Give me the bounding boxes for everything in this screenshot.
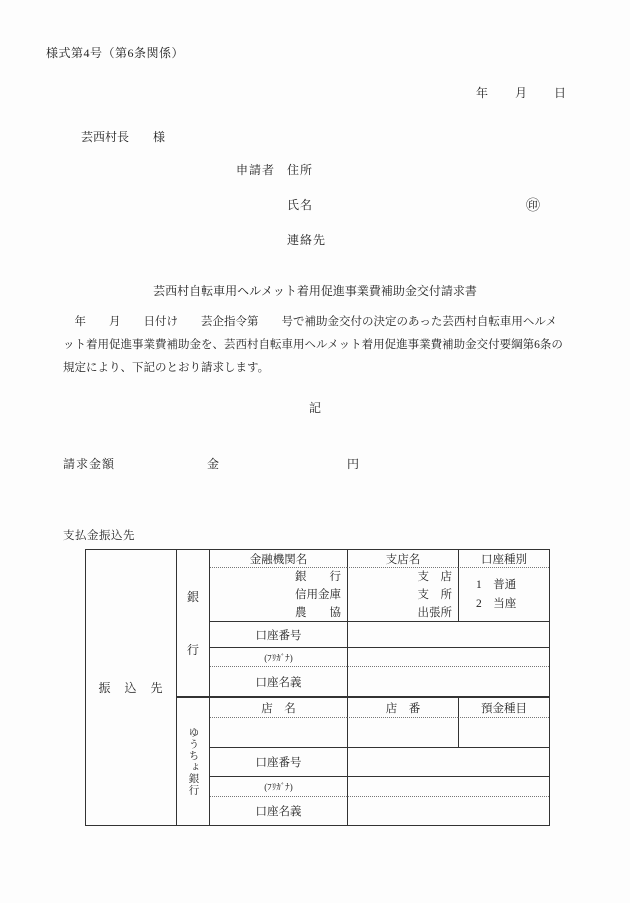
account-type-option: 1 普通 <box>476 576 549 595</box>
date-year-label: 年 <box>476 84 488 101</box>
body-line: 年 月 日付け 芸企指令第 号で補助金交付の決定のあった芸西村自転車用ヘルメ <box>63 311 573 334</box>
yucho-account-name-label: 口座名義 <box>210 797 347 825</box>
applicant-address-label: 住所 <box>287 161 313 178</box>
header-account-type: 口座種別 <box>458 550 549 568</box>
yucho-account-number-label: 口座番号 <box>210 748 347 777</box>
date-day-label: 日 <box>554 84 566 101</box>
transfer-destination-heading: 支払金振込先 <box>63 527 135 543</box>
header-yucho-branch-number: 店 番 <box>347 698 458 718</box>
account-type-option: 2 当座 <box>476 595 549 614</box>
bank-furigana-field <box>347 648 549 667</box>
bank-type-char: 銀 <box>187 588 199 605</box>
applicant-contact-label: 連絡先 <box>287 231 326 248</box>
branch-option: 出張所 <box>348 604 452 622</box>
bank-account-name-field <box>347 667 549 698</box>
branch-option: 支 店 <box>348 568 452 586</box>
branch-options-cell: 支 店 支 所 出張所 <box>347 568 458 622</box>
institution-option: 農 協 <box>210 604 341 622</box>
bank-account-number-field <box>347 622 549 648</box>
applicant-label: 申請者 <box>236 161 275 178</box>
date-line: 年 月 日 <box>476 84 566 101</box>
body-line: 規定により、下記のとおり請求します。 <box>63 357 573 380</box>
applicant-name-label: 氏名 <box>287 196 313 213</box>
institution-option: 銀 行 <box>210 568 341 586</box>
yucho-furigana-label: (ﾌﾘｶﾞﾅ) <box>210 777 347 797</box>
yucho-deposit-type-field <box>458 718 549 748</box>
document-title: 芸西村自転車用ヘルメット着用促進事業費補助金交付請求書 <box>0 282 630 299</box>
yucho-furigana-field <box>347 777 549 797</box>
header-branch: 支店名 <box>347 550 458 568</box>
addressee-line: 芸西村長 様 <box>81 128 165 145</box>
document-page: 様式第4号（第6条関係） 年 月 日 芸西村長 様 申請者 住所 氏名 ㊞ 連絡… <box>0 0 630 903</box>
yucho-account-name-field <box>347 797 549 825</box>
header-yucho-branch-name: 店 名 <box>210 698 347 718</box>
header-institution: 金融機関名 <box>210 550 347 568</box>
yucho-account-number-field <box>347 748 549 777</box>
amount-yen-label: 円 <box>347 455 359 472</box>
addressee-honorific: 様 <box>153 128 165 145</box>
yucho-type-label: ゆうちょ銀行 <box>186 727 201 796</box>
seal-mark-icon: ㊞ <box>526 195 540 215</box>
institution-option: 信用金庫 <box>210 586 341 604</box>
bank-type-char: 行 <box>187 641 199 658</box>
account-type-options-cell: 1 普通 2 当座 <box>458 568 549 622</box>
bank-type-cell: 銀 行 <box>177 550 210 698</box>
bank-furigana-label: (ﾌﾘｶﾞﾅ) <box>210 648 347 667</box>
claim-amount-label: 請求金額 <box>63 455 115 472</box>
form-number: 様式第4号（第6条関係） <box>46 44 184 61</box>
bank-account-number-label: 口座番号 <box>210 622 347 648</box>
ki-heading: 記 <box>0 399 630 416</box>
account-transfer-table: 振 込 先 銀 行 ゆうちょ銀行 金融機関名 支店名 口座種別 銀 行 信用金庫… <box>85 549 550 826</box>
yucho-branch-name-field <box>210 718 347 748</box>
date-month-label: 月 <box>515 84 527 101</box>
yucho-branch-number-field <box>347 718 458 748</box>
body-paragraph: 年 月 日付け 芸企指令第 号で補助金交付の決定のあった芸西村自転車用ヘルメ ッ… <box>63 311 573 380</box>
header-yucho-deposit-type: 預金種目 <box>458 698 549 718</box>
institution-options-cell: 銀 行 信用金庫 農 協 <box>210 568 347 622</box>
amount-kin-label: 金 <box>207 455 219 472</box>
body-line: ット着用促進事業費補助金を、芸西村自転車用ヘルメット着用促進事業費補助金交付要綱… <box>63 334 573 357</box>
branch-option: 支 所 <box>348 586 452 604</box>
transfer-label-cell: 振 込 先 <box>86 550 177 825</box>
yucho-type-cell: ゆうちょ銀行 <box>177 698 210 825</box>
bank-account-name-label: 口座名義 <box>210 667 347 698</box>
addressee-name: 芸西村長 <box>81 128 129 145</box>
